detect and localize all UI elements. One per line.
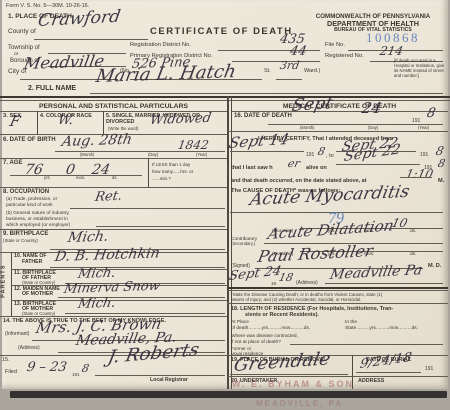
rule — [0, 229, 227, 230]
pronoun-value: er — [287, 158, 302, 169]
rule — [268, 124, 443, 125]
rule — [65, 313, 225, 314]
father-birthplace-value: Mich. — [77, 267, 117, 281]
alive-on-label: alive on — [306, 165, 327, 171]
dob-value: Aug. 28th — [61, 133, 133, 149]
filed-year-printed: 191 — [72, 372, 80, 377]
marital-value: Widowed — [149, 112, 212, 127]
rule — [290, 344, 443, 345]
rule — [0, 158, 227, 159]
occupation-b-label-1: (b) General nature of industry, — [6, 211, 70, 217]
occupation-a-label-1: (a) Trade, profession, or — [6, 197, 57, 203]
ds-label: ds. — [112, 176, 118, 181]
rule — [34, 39, 148, 40]
rule — [0, 187, 227, 188]
color-race-value: W. — [57, 114, 75, 127]
filed-no-label: 15. — [2, 357, 10, 363]
rule — [232, 111, 448, 112]
registered-no-value: 214 — [379, 45, 404, 57]
full-name-value: Maria L. Hatch — [94, 63, 237, 86]
rule — [227, 287, 448, 289]
file-no-label: File No. — [325, 42, 345, 49]
rule — [227, 303, 448, 304]
to-year-printed: 191 — [420, 153, 428, 159]
occupation-b-label-2: business, or establishment in — [6, 217, 68, 223]
rule — [227, 376, 448, 377]
primary-district-value: 44 — [289, 45, 308, 58]
rule — [50, 267, 225, 268]
cell-divider — [103, 111, 104, 134]
mos-label: mos. — [76, 176, 85, 181]
signed-year-printed: 19 — [271, 281, 276, 286]
contracted-label-2: if not at place of death? — [231, 340, 281, 346]
certificate-title: CERTIFICATE OF DEATH — [150, 27, 293, 38]
township-label: Township of — [8, 45, 40, 52]
burial-year-printed: 191 — [425, 367, 433, 373]
rule — [336, 164, 420, 165]
registered-no-label: Registered No. — [325, 53, 364, 60]
hospital-note: [If death occurred in a Hospital or Inst… — [394, 59, 446, 79]
rule — [276, 79, 302, 80]
signed-year-value: 18 — [278, 272, 294, 283]
informant-label: (Informant) — [5, 332, 29, 338]
undertaker-address-label: ADDRESS — [358, 378, 384, 384]
dob-label: 6. DATE OF BIRTH — [3, 137, 56, 144]
undertaker-stamp-line1: W. E. BYHAM & SON — [232, 379, 354, 389]
registration-district-label: Registration District No. — [130, 42, 191, 49]
age-label: 7. AGE — [3, 160, 22, 167]
occupation-label: 8. OCCUPATION — [3, 189, 49, 196]
m-label: M. — [438, 178, 444, 184]
rule — [325, 283, 443, 284]
at-place-label-1: At Place — [231, 320, 249, 326]
medical-section-title: MEDICAL CERTIFICATE OF DEATH — [232, 103, 447, 111]
age-less-note-1: If LESS than 1 day — [152, 162, 190, 167]
mother-birthplace-value: Mich. — [77, 297, 117, 311]
occupation-a-label-2: particular kind of work — [6, 203, 53, 209]
ward-value: 3rd — [279, 60, 300, 71]
county-label: County of — [8, 28, 36, 35]
local-registrar-label: Local Registrar — [150, 378, 188, 384]
informant-address-label: (Address) — [18, 346, 40, 352]
full-name-label: 2. FULL NAME — [28, 85, 76, 93]
rule — [95, 375, 225, 376]
yrs-label: yrs. — [44, 176, 51, 181]
occupation-value: Ret. — [94, 190, 123, 204]
father-name-label-2: FATHER — [22, 260, 42, 266]
parents-label: PARENTS — [0, 265, 6, 298]
cell-divider — [37, 111, 38, 134]
file-no-stamp: 100868 — [366, 31, 420, 44]
rule — [356, 372, 421, 373]
in-state-label-2: State..........yrs..........mos.........… — [345, 326, 418, 332]
rule — [230, 374, 348, 375]
rule — [227, 290, 448, 291]
rule — [10, 175, 142, 176]
birthplace-hint: (State or Country) — [3, 238, 38, 243]
personal-section-title: PERSONAL AND STATISTICAL PARTICULARS — [0, 103, 227, 111]
birthplace-value: Mich. — [67, 230, 110, 245]
mother-maiden-label-2: OF MOTHER — [22, 292, 53, 298]
residence-label-2: sients or Recent Residents). — [245, 312, 319, 318]
county-value: Crawford — [37, 9, 122, 30]
city-value: Meadville — [23, 53, 106, 72]
duration-ds-label-2: ds. — [410, 252, 416, 258]
age-less-note-3: ......min.? — [152, 176, 171, 181]
filed-label: Filed — [5, 369, 17, 375]
at-place-label-2: of death..........yrs..........mos......… — [231, 326, 310, 332]
death-month-value: Sept — [290, 95, 334, 115]
father-name-value: D. B. Hotchkin — [54, 246, 161, 264]
dob-year-value: 1842 — [177, 139, 210, 151]
scan-edge-bar — [10, 391, 447, 398]
contracted-label-1: Where was disease contracted, — [231, 334, 298, 340]
to-label: , to — [326, 153, 334, 159]
rule — [400, 177, 432, 178]
duration-ds-label-1: ds. — [410, 229, 416, 235]
cause-footnote-2: Means of Injury; and (2) whether Acciden… — [231, 297, 361, 302]
rule — [96, 226, 225, 227]
death-time-value: 1:10 — [405, 168, 435, 180]
birthplace-label: 9. BIRTHPLACE — [3, 231, 48, 238]
occupation-b-label-3: which employed (or employer) — [6, 223, 70, 229]
signed-address-label: (Address) — [296, 281, 318, 287]
attended-from-value: Sept 14 — [227, 132, 290, 151]
or-label: or — [14, 52, 18, 58]
death-day-value: 24 — [360, 101, 382, 116]
mother-maiden-value: Minerva Snow — [63, 280, 161, 296]
rule — [90, 93, 443, 94]
date-of-death-label: 16. DATE OF DEATH — [234, 113, 292, 120]
last-saw-label: that I last saw h — [231, 165, 273, 171]
death-occurred-label: and that death occurred, on the date sta… — [231, 178, 366, 184]
rule — [0, 96, 450, 98]
rule — [70, 208, 225, 209]
rule — [232, 61, 320, 62]
rule — [230, 151, 304, 152]
secondary-label: (Secondary.) — [231, 242, 255, 247]
filed-date-value: 9 – 23 — [26, 361, 68, 374]
st-label: St. — [264, 68, 271, 74]
age-less-note-2: how many......hrs. or — [152, 169, 193, 174]
in-state-label-1: In the — [345, 320, 357, 326]
cell-divider — [148, 158, 149, 187]
undertaker-stamp-line2: MEADVILLE, PA — [256, 399, 343, 408]
ward-label: Ward.) — [304, 68, 320, 74]
cell-divider — [11, 252, 12, 316]
death-certificate-scan: Form V. S. No. 5—30M. 10-26-16. 1. PLACE… — [0, 0, 450, 410]
md-label: M. D. — [428, 263, 441, 269]
from-year-printed: 191 — [306, 153, 314, 159]
